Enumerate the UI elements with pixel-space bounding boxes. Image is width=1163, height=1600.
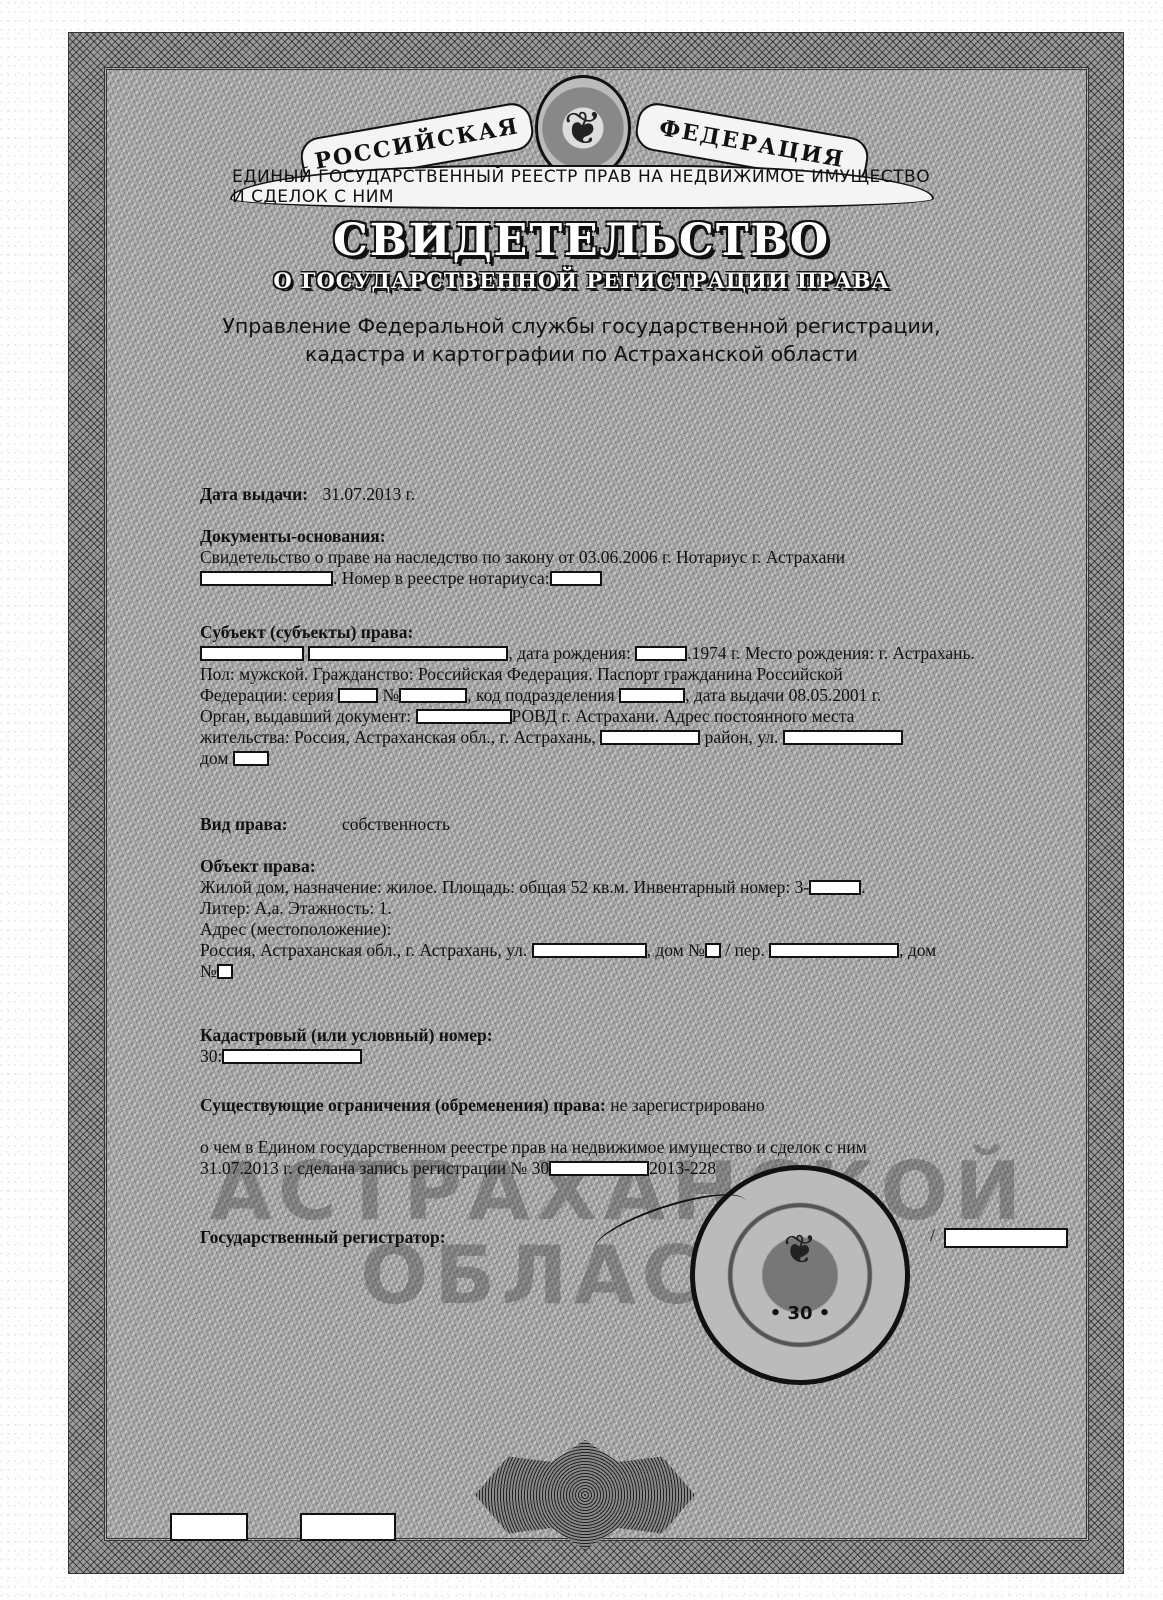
object-line-3: Адрес (местоположение): (200, 919, 1090, 940)
residence-label: жительства: Россия, Астраханская обл., г… (200, 727, 596, 747)
notary-register-label: . Номер в реестре нотариуса: (333, 568, 550, 588)
record-number-prefix: 31.07.2013 г. сделана запись регистрации… (200, 1158, 549, 1178)
issue-date-row: Дата выдачи: 31.07.2013 г. (200, 484, 1090, 505)
registrar-label: Государственный регистратор: (200, 1227, 446, 1247)
registrar-slash: / (930, 1225, 935, 1246)
issuing-authority: Управление Федеральной службы государств… (0, 312, 1163, 368)
basis-documents-line-2: . Номер в реестре нотариуса: (200, 568, 1090, 589)
redacted-district (600, 730, 700, 745)
issuing-org-label: Орган, выдавший документ: (200, 706, 411, 726)
redacted-registrar-name (944, 1228, 1068, 1248)
house-number-label: , дом № (647, 940, 705, 960)
redacted-inventory-number (809, 880, 861, 895)
issue-date-value: 31.07.2013 г. (322, 484, 415, 504)
subject-label: Субъект (субъекты) права: (200, 622, 1090, 643)
redacted-passport-series (338, 688, 378, 703)
object-description: Жилой дом, назначение: жилое. Площадь: о… (200, 877, 809, 897)
subject-section: Субъект (субъекты) права: , дата рождени… (200, 622, 1090, 769)
redacted-passport-number (399, 688, 467, 703)
lane-label: / пер. (725, 940, 765, 960)
object-address-line-2: № (200, 961, 1090, 982)
issue-date-label: Дата выдачи: (200, 484, 308, 504)
redacted-address-lane (769, 943, 899, 958)
encumbrances-row: Существующие ограничения (обременения) п… (200, 1095, 1090, 1116)
cadastral-prefix: 30: (200, 1046, 222, 1066)
right-type-value: собственность (342, 814, 450, 834)
object-line-1: Жилой дом, назначение: жилое. Площадь: о… (200, 877, 1090, 898)
guilloche-rosette (475, 1440, 695, 1550)
subject-line-6: дом (200, 748, 1090, 769)
passport-issue-date: , дата выдачи 08.05.2001 г. (685, 685, 881, 705)
redacted-division-code (619, 688, 685, 703)
header-banner: РОССИЙСКАЯ ФЕДЕРАЦИЯ ❦ ЕДИНЫЙ ГОСУДАРСТВ… (180, 70, 980, 210)
birth-year-place: .1974 г. Место рождения: г. Астрахань. (687, 643, 975, 663)
authority-line-2: кадастра и картографии по Астраханской о… (0, 340, 1163, 368)
division-code-label: , код подразделения (467, 685, 614, 705)
redacted-issuing-org (416, 709, 512, 724)
redacted-house-number (233, 751, 269, 766)
house-label: дом (200, 748, 228, 768)
redacted-surname (200, 646, 304, 661)
redacted-address-street (532, 943, 647, 958)
record-line-1: о чем в Едином государственном реестре п… (200, 1137, 1090, 1158)
redacted-street (783, 730, 903, 745)
redacted-given-names (308, 646, 508, 661)
ribbon-registry-name: ЕДИНЫЙ ГОСУДАРСТВЕННЫЙ РЕЕСТР ПРАВ НА НЕ… (230, 165, 934, 209)
redacted-record-number (549, 1161, 649, 1176)
passport-number-label: № (383, 685, 400, 705)
redacted-notary-name (200, 571, 333, 586)
cadastral-section: Кадастровый (или условный) номер: 30: (200, 1025, 1090, 1067)
object-address-line: Россия, Астраханская обл., г. Астрахань,… (200, 940, 1090, 961)
encumbrances-label: Существующие ограничения (обременения) п… (200, 1095, 606, 1115)
registry-record: о чем в Едином государственном реестре п… (200, 1137, 1090, 1179)
encumbrances-value: не зарегистрировано (610, 1095, 764, 1115)
record-number-suffix: 2013-228 (649, 1158, 716, 1178)
subject-line-2: Пол: мужской. Гражданство: Российская Фе… (200, 664, 1090, 685)
district-street-label: район, ул. (705, 727, 779, 747)
document-subtitle: О ГОСУДАРСТВЕННОЙ РЕГИСТРАЦИИ ПРАВА (0, 268, 1163, 293)
object-section: Объект права: Жилой дом, назначение: жил… (200, 856, 1090, 982)
cadastral-label: Кадастровый (или условный) номер: (200, 1025, 1090, 1046)
basis-documents-section: Документы-основания: Свидетельство о пра… (200, 526, 1090, 589)
address-prefix: Россия, Астраханская обл., г. Астрахань,… (200, 940, 527, 960)
subject-line-4: Орган, выдавший документ: РОВД г. Астрах… (200, 706, 1090, 727)
object-line-2: Литер: А,а. Этажность: 1. (200, 898, 1090, 919)
passport-series-label: Федерации: серия (200, 685, 334, 705)
document-title: СВИДЕТЕЛЬСТВО (0, 215, 1163, 266)
redacted-form-number (300, 1513, 396, 1541)
authority-line-1: Управление Федеральной службы государств… (0, 312, 1163, 340)
issuing-org-value: РОВД г. Астрахани. Адрес постоянного мес… (512, 706, 855, 726)
seal-region-number: • 30 • (770, 1303, 831, 1324)
object-label: Объект права: (200, 856, 1090, 877)
basis-documents-label: Документы-основания: (200, 526, 1090, 547)
right-type-row: Вид права: собственность (200, 814, 1090, 835)
subject-line-1: , дата рождения: .1974 г. Место рождения… (200, 643, 1090, 664)
redacted-lane-house-number (217, 964, 233, 979)
right-type-label: Вид права: (200, 814, 288, 834)
subject-line-5: жительства: Россия, Астраханская обл., г… (200, 727, 1090, 748)
basis-documents-line-1: Свидетельство о праве на наследство по з… (200, 547, 1090, 568)
cadastral-number: 30: (200, 1046, 1090, 1067)
redacted-address-house (705, 943, 721, 958)
subject-line-3: Федерации: серия №, код подразделения , … (200, 685, 1090, 706)
lane-house-label: , дом (899, 940, 936, 960)
redacted-cadastral-number (222, 1049, 362, 1064)
redacted-birth-day (635, 646, 687, 661)
record-line-2: 31.07.2013 г. сделана запись регистрации… (200, 1158, 1090, 1179)
redacted-register-number (550, 571, 602, 586)
birth-date-label: , дата рождения: (508, 643, 630, 663)
redacted-form-series (170, 1513, 248, 1541)
lane-house-number-label: № (200, 961, 217, 981)
